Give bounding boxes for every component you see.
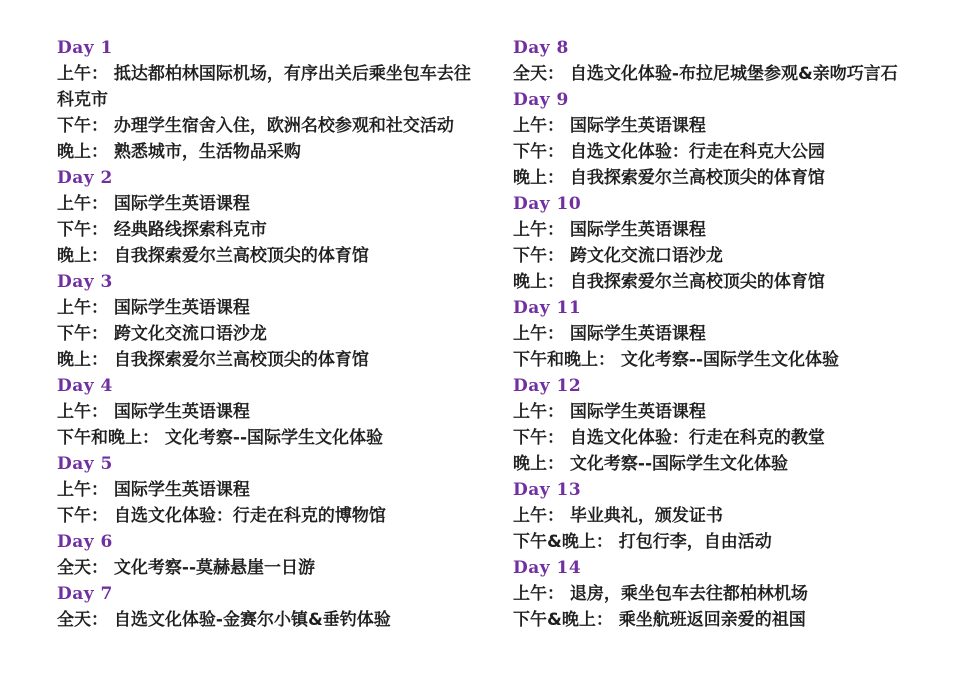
schedule-item: 下午&晚上： 打包行李，自由活动: [513, 529, 935, 555]
schedule-item: 下午： 跨文化交流口语沙龙: [513, 243, 935, 269]
schedule-item: 晚上： 熟悉城市，生活物品采购: [57, 139, 479, 165]
schedule-item: 全天： 文化考察--莫赫悬崖一日游: [57, 555, 479, 581]
itinerary-page: Day 1上午： 抵达都柏林国际机场，有序出关后乘坐包车去往科克市下午： 办理学…: [0, 0, 954, 680]
itinerary-column-left: Day 1上午： 抵达都柏林国际机场，有序出关后乘坐包车去往科克市下午： 办理学…: [57, 35, 479, 680]
schedule-item: 上午： 国际学生英语课程: [57, 295, 479, 321]
schedule-item: 上午： 退房，乘坐包车去往都柏林机场: [513, 581, 935, 607]
schedule-item: 晚上： 自我探索爱尔兰高校顶尖的体育馆: [57, 347, 479, 373]
day-header: Day 13: [513, 477, 935, 503]
day-header: Day 2: [57, 165, 479, 191]
schedule-item: 上午： 国际学生英语课程: [513, 217, 935, 243]
day-header: Day 14: [513, 555, 935, 581]
schedule-item: 晚上： 文化考察--国际学生文化体验: [513, 451, 935, 477]
day-header: Day 9: [513, 87, 935, 113]
schedule-item: 全天： 自选文化体验-布拉尼城堡参观&亲吻巧言石: [513, 61, 935, 87]
day-header: Day 8: [513, 35, 935, 61]
day-header: Day 6: [57, 529, 479, 555]
day-header: Day 3: [57, 269, 479, 295]
day-header: Day 7: [57, 581, 479, 607]
schedule-item: 全天： 自选文化体验-金赛尔小镇&垂钓体验: [57, 607, 479, 633]
day-header: Day 4: [57, 373, 479, 399]
schedule-item: 下午： 自选文化体验：行走在科克大公园: [513, 139, 935, 165]
schedule-item: 下午&晚上： 乘坐航班返回亲爱的祖国: [513, 607, 935, 633]
schedule-item: 下午： 跨文化交流口语沙龙: [57, 321, 479, 347]
schedule-item: 上午： 国际学生英语课程: [57, 399, 479, 425]
schedule-item: 上午： 毕业典礼，颁发证书: [513, 503, 935, 529]
schedule-item: 上午： 国际学生英语课程: [513, 113, 935, 139]
day-header: Day 5: [57, 451, 479, 477]
schedule-item: 上午： 国际学生英语课程: [57, 477, 479, 503]
itinerary-column-right: Day 8全天： 自选文化体验-布拉尼城堡参观&亲吻巧言石Day 9上午： 国际…: [513, 35, 935, 680]
schedule-item: 上午： 抵达都柏林国际机场，有序出关后乘坐包车去往科克市: [57, 61, 479, 113]
schedule-item: 下午和晚上： 文化考察--国际学生文化体验: [513, 347, 935, 373]
day-header: Day 11: [513, 295, 935, 321]
day-header: Day 12: [513, 373, 935, 399]
schedule-item: 晚上： 自我探索爱尔兰高校顶尖的体育馆: [57, 243, 479, 269]
schedule-item: 下午： 办理学生宿舍入住，欧洲名校参观和社交活动: [57, 113, 479, 139]
schedule-item: 上午： 国际学生英语课程: [513, 399, 935, 425]
day-header: Day 10: [513, 191, 935, 217]
schedule-item: 下午： 自选文化体验：行走在科克的教堂: [513, 425, 935, 451]
schedule-item: 下午： 自选文化体验：行走在科克的博物馆: [57, 503, 479, 529]
schedule-item: 晚上： 自我探索爱尔兰高校顶尖的体育馆: [513, 269, 935, 295]
schedule-item: 下午： 经典路线探索科克市: [57, 217, 479, 243]
schedule-item: 下午和晚上： 文化考察--国际学生文化体验: [57, 425, 479, 451]
day-header: Day 1: [57, 35, 479, 61]
schedule-item: 上午： 国际学生英语课程: [57, 191, 479, 217]
schedule-item: 晚上： 自我探索爱尔兰高校顶尖的体育馆: [513, 165, 935, 191]
schedule-item: 上午： 国际学生英语课程: [513, 321, 935, 347]
